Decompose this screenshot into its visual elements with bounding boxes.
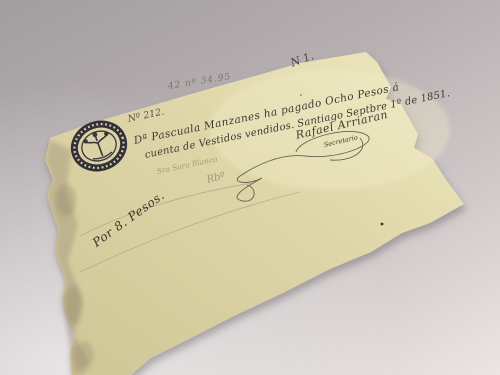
photo-of-receipt: 42 nº 34.95 N 1. Nº 212. Dª Pascuala Man… [0,0,500,375]
ink-speck [381,223,384,226]
stain-blob [74,341,94,369]
paper-artwork [0,0,500,375]
ink-speck [300,94,302,96]
stain-blob [65,285,83,325]
stain-blob [56,184,76,216]
